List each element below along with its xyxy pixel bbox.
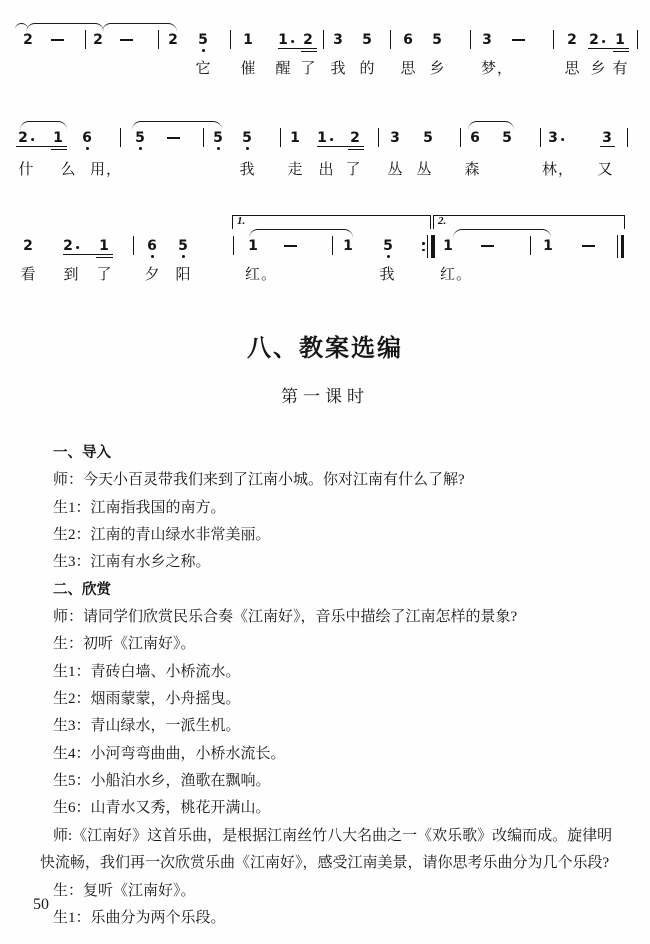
dash-note — [512, 39, 525, 41]
lyric: 阳 — [175, 263, 190, 284]
lyric: 思 — [564, 57, 579, 78]
lyric: 森 — [464, 158, 479, 179]
tie-slur — [249, 229, 353, 238]
note: 3 — [482, 32, 492, 48]
lyric: 到 — [63, 263, 78, 284]
beam-underline — [348, 149, 364, 151]
augmentation-dot — [76, 246, 79, 249]
note-digit: 2 — [18, 130, 28, 146]
note: 1 — [543, 238, 553, 254]
lyric: 我 — [379, 263, 394, 284]
note: 2 — [303, 32, 313, 48]
note-digit: 5 — [178, 238, 188, 254]
note-digit: 5 — [423, 130, 433, 146]
note: 2 — [23, 238, 33, 254]
final-thin-bar — [617, 235, 618, 258]
lyric: 林， — [542, 158, 574, 179]
dialogue-line: 师:《江南好》这首乐曲，是根据江南丝竹八大名曲之一《欢乐歌》改编而成。旋律明 — [40, 823, 640, 850]
lyric: 它 — [195, 57, 210, 78]
note: 1 — [278, 32, 294, 48]
dialogue-line: 师：请同学们欣赏民乐合奏《江南好》，音乐中描绘了江南怎样的景象? — [40, 604, 640, 631]
note-digit: 5 — [242, 130, 252, 146]
beam-underline — [600, 146, 615, 148]
augmentation-dot — [31, 138, 34, 141]
note: 2 — [168, 32, 178, 48]
note: 5 — [432, 32, 442, 48]
lyric: 了 — [96, 263, 111, 284]
note: 5 — [502, 130, 512, 146]
note-digit: 5 — [198, 32, 208, 48]
tie-slur — [26, 23, 104, 32]
barline — [332, 236, 333, 255]
lyric: 红。 — [440, 263, 472, 284]
octave-dot — [246, 147, 249, 150]
dialogue-line: 生1：青砖白墙、小桥流水。 — [40, 659, 640, 686]
page-number: 50 — [33, 896, 49, 914]
dialogue-line: 生：初听《江南好》。 — [40, 631, 640, 658]
lyric: 什 — [18, 158, 33, 179]
note: 1 — [615, 32, 625, 48]
note-digit: 5 — [362, 32, 372, 48]
lyric: 有 — [612, 57, 627, 78]
lesson-title: 第一课时 — [0, 382, 650, 407]
final-thick-bar — [621, 235, 625, 258]
lyric: 丛 — [387, 158, 402, 179]
dash-note — [481, 245, 494, 247]
note-digit: 1 — [290, 130, 300, 146]
barline — [203, 128, 204, 147]
barline — [158, 30, 159, 49]
barline — [85, 30, 86, 49]
tie-slur — [20, 121, 67, 130]
lyric: 看 — [20, 263, 35, 284]
note-digit: 1 — [443, 238, 453, 254]
note: 2 — [63, 238, 79, 254]
note: 6 — [470, 130, 480, 146]
note: 5 — [423, 130, 433, 146]
note-digit: 3 — [482, 32, 492, 48]
note: 1 — [317, 130, 333, 146]
note-digit: 6 — [470, 130, 480, 146]
lyric: 丛 — [416, 158, 431, 179]
dash-note — [167, 137, 180, 139]
section-heading: 一、导入 — [40, 440, 640, 467]
lyric: 用， — [90, 158, 122, 179]
beam-underline — [301, 51, 317, 53]
note-digit: 1 — [317, 130, 327, 146]
note-digit: 1 — [248, 238, 258, 254]
lyric: 思 — [400, 57, 415, 78]
dialogue-line: 快流畅，我们再一次欣赏乐曲《江南好》，感受江南美景，请你思考乐曲分为几个乐段? — [40, 850, 640, 877]
note-digit: 1 — [543, 238, 553, 254]
barline — [637, 30, 638, 49]
barline — [470, 30, 471, 49]
note-digit: 2 — [589, 32, 599, 48]
note: 2 — [18, 130, 34, 146]
section-heading: 二、欣赏 — [40, 577, 640, 604]
volta-label: 2. — [438, 215, 446, 227]
note: 2 — [567, 32, 577, 48]
lyric: 走 — [287, 158, 302, 179]
augmentation-dot — [330, 138, 333, 141]
lyric: 出 — [318, 158, 333, 179]
dash-note — [284, 245, 297, 247]
augmentation-dot — [602, 40, 605, 43]
octave-dot — [217, 147, 220, 150]
tie-slur — [453, 229, 551, 238]
octave-dot — [202, 49, 205, 52]
augmentation-dot — [291, 40, 294, 43]
note-digit: 5 — [502, 130, 512, 146]
beam-underline — [613, 51, 629, 53]
beam-underline — [96, 257, 113, 259]
note: 2 — [23, 32, 33, 48]
beam-underline — [317, 146, 364, 148]
lyric: 又 — [597, 158, 612, 179]
barline — [390, 30, 391, 49]
lyric: 催 — [240, 57, 255, 78]
note-digit: 2 — [63, 238, 73, 254]
lyric: 乡 — [590, 57, 605, 78]
note: 2 — [350, 130, 360, 146]
note: 3 — [602, 130, 612, 146]
jianpu-score: 222511235653221它催醒了我的思乡梦，思乡有216555112356… — [0, 0, 650, 300]
lyric: 我 — [330, 57, 345, 78]
lyric: 了 — [300, 57, 315, 78]
lyric: 梦， — [481, 57, 513, 78]
lyric: 红。 — [245, 263, 277, 284]
barline — [540, 128, 541, 147]
note-digit: 1 — [243, 32, 253, 48]
lyric: 夕 — [144, 263, 159, 284]
note-digit: 6 — [403, 32, 413, 48]
note: 5 — [362, 32, 372, 48]
note: 1 — [53, 130, 63, 146]
lyric: 了 — [345, 158, 360, 179]
note: 1 — [248, 238, 258, 254]
note-digit: 5 — [432, 32, 442, 48]
section-title: 八、教案选编 — [0, 328, 650, 363]
note-digit: 1 — [343, 238, 353, 254]
book-page: 222511235653221它催醒了我的思乡梦，思乡有216555112356… — [0, 0, 650, 944]
note: 2 — [93, 32, 103, 48]
volta-label: 1. — [237, 215, 245, 227]
volta-bracket: 1. — [232, 215, 431, 229]
beam-underline — [278, 48, 317, 50]
note: 5 — [198, 32, 208, 48]
dialogue-line: 生1：江南指我国的南方。 — [40, 495, 640, 522]
note: 6 — [403, 32, 413, 48]
beam-underline — [588, 48, 629, 50]
note-digit: 6 — [147, 238, 157, 254]
lyric: 么 — [60, 158, 75, 179]
note: 5 — [178, 238, 188, 254]
note-digit: 1 — [615, 32, 625, 48]
tie-slur — [102, 23, 177, 32]
dialogue-line: 生2：江南的青山绿水非常美丽。 — [40, 522, 640, 549]
tie-slur — [468, 121, 514, 130]
tie-slur — [132, 121, 222, 130]
beam-underline — [51, 149, 67, 151]
note-digit: 3 — [548, 130, 558, 146]
note: 2 — [589, 32, 605, 48]
note: 5 — [242, 130, 252, 146]
dialogue-line: 生6：山青水又秀，桃花开满山。 — [40, 795, 640, 822]
barline — [627, 128, 628, 147]
note-digit: 3 — [333, 32, 343, 48]
note-digit: 1 — [278, 32, 288, 48]
octave-dot — [387, 255, 390, 258]
barline — [280, 128, 281, 147]
note: 5 — [383, 238, 393, 254]
dialogue-line: 生3：青山绿水，一派生机。 — [40, 713, 640, 740]
note-digit: 2 — [168, 32, 178, 48]
note-digit: 1 — [53, 130, 63, 146]
note-digit: 5 — [135, 130, 145, 146]
note: 1 — [290, 130, 300, 146]
barline — [530, 236, 531, 255]
volta-bracket: 2. — [433, 215, 625, 229]
lyric: 我 — [239, 158, 254, 179]
note-digit: 3 — [390, 130, 400, 146]
barline — [460, 128, 461, 147]
note-digit: 6 — [82, 130, 92, 146]
note: 5 — [135, 130, 145, 146]
octave-dot — [139, 147, 142, 150]
beam-underline — [63, 254, 113, 256]
note-digit: 5 — [383, 238, 393, 254]
dialogue-line: 生：复听《江南好》。 — [40, 878, 640, 905]
beam-underline — [16, 146, 67, 148]
note-digit: 2 — [350, 130, 360, 146]
dialogue-line: 生1：乐曲分为两个乐段。 — [40, 905, 640, 932]
note-digit: 2 — [23, 238, 33, 254]
barline — [323, 30, 324, 49]
augmentation-dot — [561, 138, 564, 141]
note-digit: 2 — [23, 32, 33, 48]
barline — [233, 236, 234, 255]
note: 3 — [333, 32, 343, 48]
repeat-dots — [422, 240, 425, 253]
note: 5 — [213, 130, 223, 146]
note: 6 — [147, 238, 157, 254]
octave-dot — [182, 255, 185, 258]
dash-note — [120, 39, 133, 41]
repeat-thick-bar — [431, 235, 435, 258]
note: 1 — [443, 238, 453, 254]
barline — [378, 128, 379, 147]
barline — [553, 30, 554, 49]
dialogue-line: 师：今天小百灵带我们来到了江南小城。你对江南有什么了解? — [40, 467, 640, 494]
dialogue-line: 生5：小船泊水乡，渔歌在飘响。 — [40, 768, 640, 795]
note: 3 — [390, 130, 400, 146]
note: 3 — [548, 130, 564, 146]
note-digit: 2 — [93, 32, 103, 48]
dialogue-line: 生4：小河弯弯曲曲，小桥水流长。 — [40, 741, 640, 768]
lesson-dialogue: 一、导入师：今天小百灵带我们来到了江南小城。你对江南有什么了解?生1：江南指我国… — [40, 440, 640, 932]
note-digit: 3 — [602, 130, 612, 146]
lyric: 醒 — [275, 57, 290, 78]
dialogue-line: 生3：江南有水乡之称。 — [40, 549, 640, 576]
note: 1 — [343, 238, 353, 254]
lyric: 乡 — [429, 57, 444, 78]
note-digit: 5 — [213, 130, 223, 146]
barline — [230, 30, 231, 49]
dialogue-line: 生2：烟雨蒙蒙，小舟摇曳。 — [40, 686, 640, 713]
repeat-thin-bar — [427, 235, 428, 258]
dash-note — [51, 39, 64, 41]
note-digit: 2 — [303, 32, 313, 48]
note: 6 — [82, 130, 92, 146]
lyric: 的 — [359, 57, 374, 78]
note-digit: 2 — [567, 32, 577, 48]
octave-dot — [151, 255, 154, 258]
octave-dot — [86, 147, 89, 150]
dash-note — [582, 245, 595, 247]
note: 1 — [99, 238, 109, 254]
barline — [133, 236, 134, 255]
note-digit: 1 — [99, 238, 109, 254]
barline — [120, 128, 121, 147]
note: 1 — [243, 32, 253, 48]
